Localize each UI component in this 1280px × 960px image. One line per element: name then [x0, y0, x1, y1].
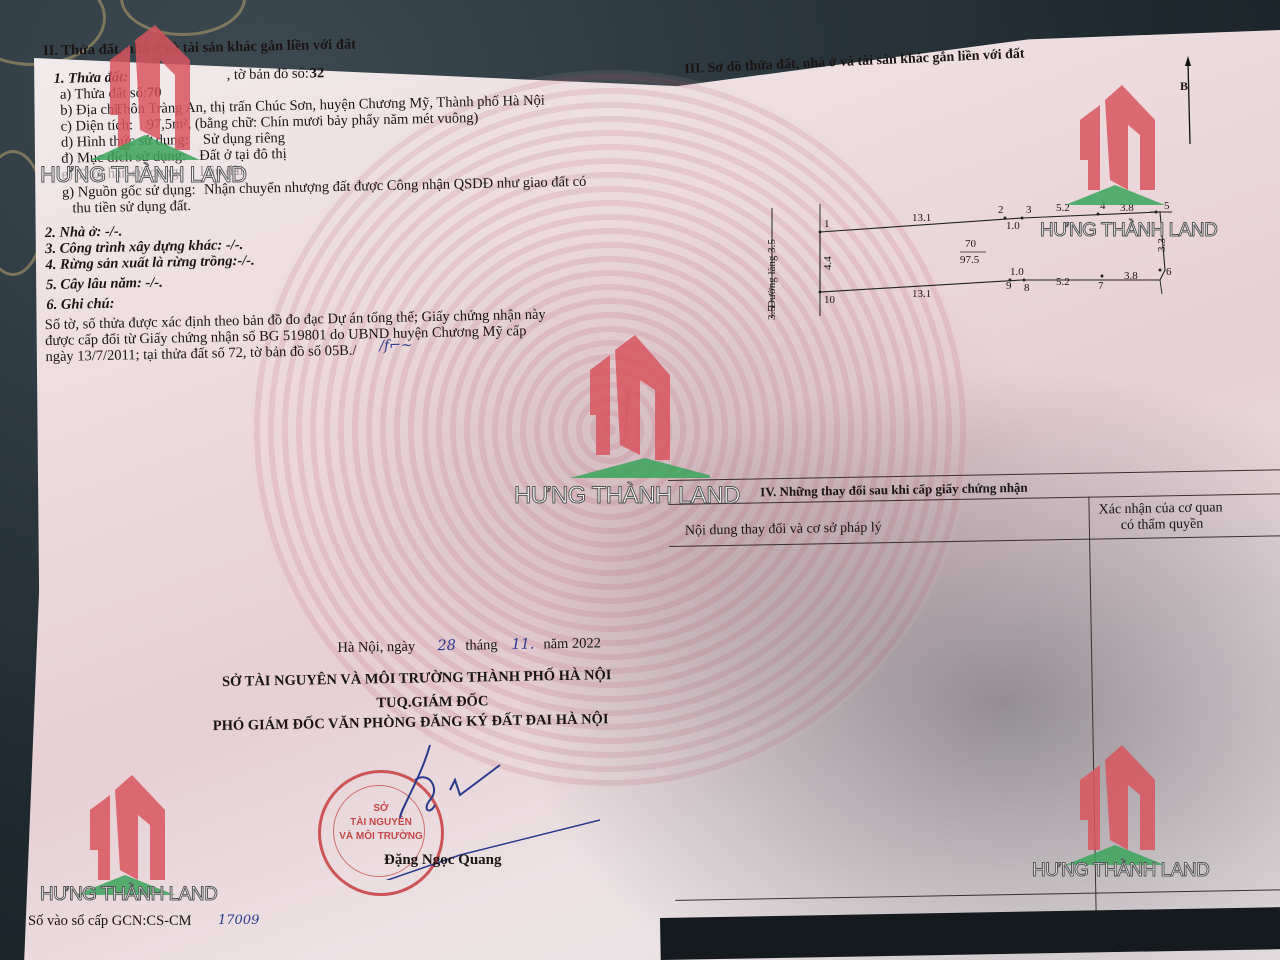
ht-logo-icon — [1060, 80, 1190, 220]
origin-line-1: Nhận chuyển nhượng đất được Công nhận QS… — [204, 174, 587, 198]
forest-line: 4. Rừng sản xuất là rừng trồng:-/-. — [45, 253, 254, 273]
edge-8-9: 1.0 — [1010, 266, 1024, 278]
handwritten-initial: /f⌐~ — [379, 337, 413, 354]
date-month-label: tháng — [465, 637, 497, 654]
edge-7-8: 5.2 — [1056, 276, 1070, 288]
map-sheet-label: , tờ bản đồ số: — [226, 66, 309, 84]
edge-10-1: 4.4 — [822, 256, 834, 270]
table-border-bottom — [675, 889, 1280, 901]
parcel-area: 97.5 — [960, 254, 979, 266]
date-month: 11. — [511, 637, 534, 653]
point-2: 2 — [998, 204, 1004, 216]
ht-logo-icon — [550, 330, 710, 480]
road-width-label: 3.5 — [766, 306, 778, 320]
point-8: 8 — [1024, 282, 1030, 294]
watermark-text: HƯNG THÀNH LAND — [40, 162, 246, 188]
house-line: 2. Nhà ở: -/-. — [45, 223, 123, 241]
ht-logo-icon — [80, 20, 210, 160]
column-header-confirmation-1: Xác nhận của cơ quan — [1098, 500, 1222, 518]
watermark-text: HƯNG THÀNH LAND — [1032, 860, 1209, 882]
edge-1-2: 13.1 — [912, 212, 931, 224]
registry-label: Số vào sổ cấp GCN:CS-CM — [28, 913, 192, 929]
on-behalf-of: TUQ.GIÁM ĐỐC — [376, 693, 488, 711]
road-label: Đường làng 3.5 — [766, 239, 778, 308]
edge-2-3: 1.0 — [1006, 220, 1020, 232]
ht-logo-icon — [70, 770, 200, 900]
watermark-text: HƯNG THÀNH LAND — [1040, 220, 1217, 242]
point-9: 9 — [1006, 280, 1012, 292]
notes-heading: 6. Ghi chú: — [46, 296, 114, 313]
edge-6-7: 3.8 — [1124, 270, 1138, 282]
map-sheet-value: 32 — [309, 65, 324, 81]
date-day: 28 — [437, 638, 456, 654]
section-iv-title: IV. Những thay đổi sau khi cấp giấy chứn… — [760, 480, 1028, 501]
watermark-text: HƯNG THÀNH LAND — [514, 482, 740, 510]
perennial-line: 5. Cây lâu năm: -/-. — [46, 275, 163, 293]
point-7: 7 — [1098, 280, 1104, 292]
registry-number: 17009 — [218, 913, 259, 929]
parcel-number: 70 — [965, 238, 976, 250]
edge-9-10: 13.1 — [912, 288, 931, 300]
column-header-confirmation-2: có thẩm quyền — [1121, 517, 1204, 534]
point-1: 1 — [824, 218, 830, 230]
point-10: 10 — [824, 294, 835, 306]
ht-logo-icon — [1060, 740, 1190, 870]
point-6: 6 — [1166, 266, 1172, 278]
watermark-text: HƯNG THÀNH LAND — [40, 884, 217, 906]
origin-line-2: thu tiền sử dụng đất. — [72, 198, 191, 216]
signer-name: Đặng Ngọc Quang — [384, 852, 502, 868]
date-year: năm 2022 — [543, 635, 601, 652]
point-3: 3 — [1026, 204, 1032, 216]
column-header-content: Nội dung thay đổi và cơ sở pháp lý — [685, 520, 882, 539]
usage-form-value: Sử dụng riêng — [203, 130, 285, 148]
date-prefix: Hà Nội, ngày — [337, 639, 415, 656]
